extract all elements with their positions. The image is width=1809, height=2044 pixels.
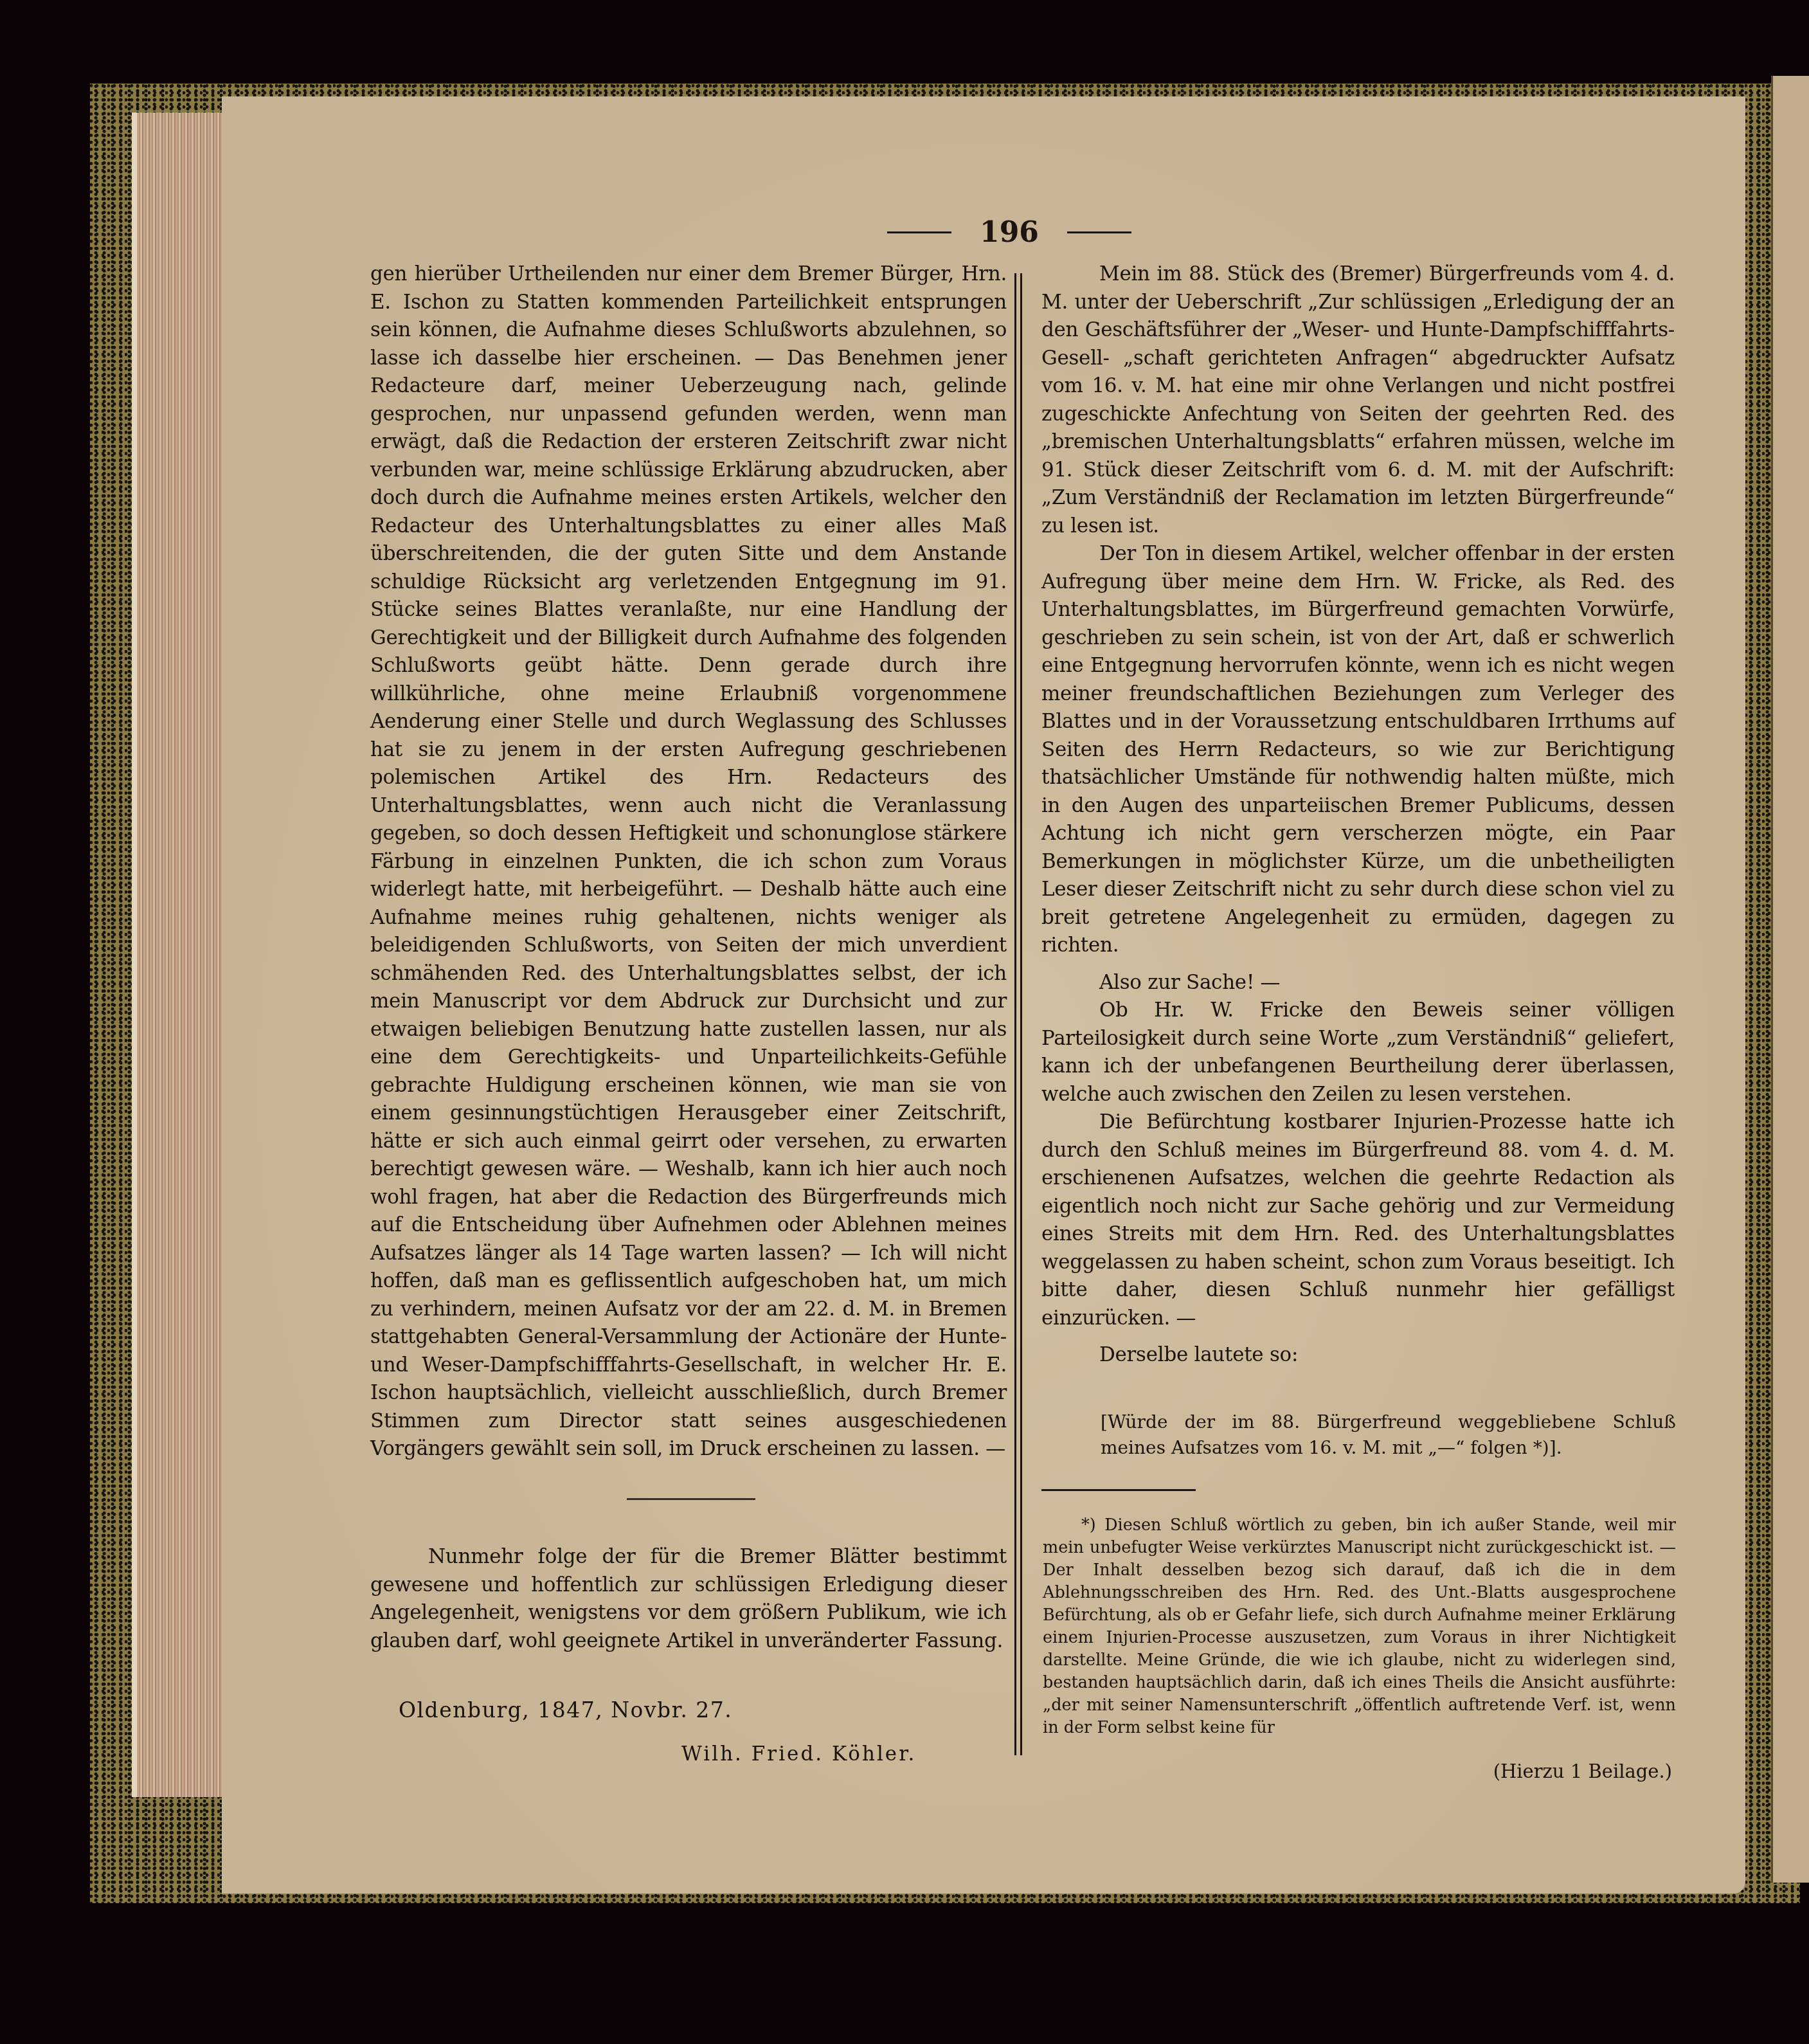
page-header: 196: [887, 216, 1131, 248]
closing-section: Nunmehr folge der für die Bremer Blätter…: [370, 1543, 1007, 1655]
right-paragraph: Ob Hr. W. Fricke den Beweis seiner völli…: [1041, 997, 1675, 1108]
left-column: gen hierüber Urtheilenden nur einer dem …: [370, 260, 1007, 1463]
header-rule-left: [887, 231, 951, 233]
right-paragraph: Mein im 88. Stück des (Bremer) Bürgerfre…: [1041, 260, 1675, 540]
footnote: *) Diesen Schluß wörtlich zu geben, bin …: [1043, 1514, 1676, 1739]
closing-paragraph: Nunmehr folge der für die Bremer Blätter…: [370, 1543, 1007, 1655]
section-rule: [627, 1498, 755, 1500]
footnote-rule: [1041, 1489, 1196, 1491]
footnote-text: *) Diesen Schluß wörtlich zu geben, bin …: [1043, 1514, 1676, 1739]
right-paragraph: Derselbe lautete so:: [1041, 1341, 1675, 1370]
facing-page-edge: [1771, 76, 1809, 1883]
right-paragraph: Der Ton in diesem Artikel, welcher offen…: [1041, 540, 1675, 960]
header-rule-right: [1067, 231, 1131, 233]
quoted-insert: [Würde der im 88. Bürgerfreund weggeblie…: [1101, 1409, 1676, 1461]
right-paragraph: Also zur Sache! —: [1041, 969, 1675, 997]
signature: Wilh. Fried. Köhler.: [681, 1742, 916, 1766]
left-paragraph: gen hierüber Urtheilenden nur einer dem …: [370, 260, 1007, 1463]
place-date: Oldenburg, 1847, Novbr. 27.: [399, 1697, 732, 1723]
supplement-note: (Hierzu 1 Beilage.): [1493, 1760, 1672, 1782]
column-divider: [1014, 273, 1022, 1755]
page-number: 196: [980, 216, 1039, 249]
right-paragraph: Die Befürchtung kostbarer Injurien-Proze…: [1041, 1108, 1675, 1332]
right-column: Mein im 88. Stück des (Bremer) Bürgerfre…: [1041, 260, 1675, 1370]
